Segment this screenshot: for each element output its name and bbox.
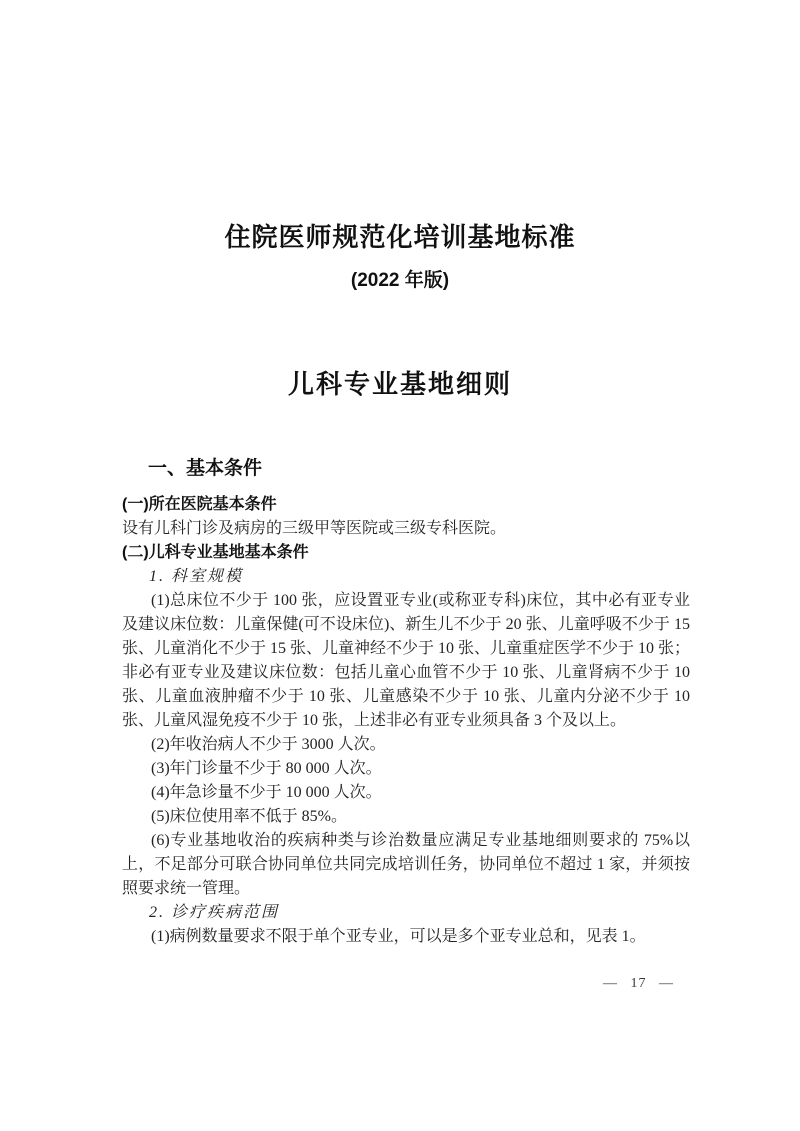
heading-hospital-basic-conditions: (一)所在医院基本条件 xyxy=(122,493,690,517)
paragraph-hospital-requirement: 设有儿科门诊及病房的三级甲等医院或三级专科医院。 xyxy=(122,517,690,541)
paragraph-disease-coverage: (6)专业基地收治的疾病种类与诊治数量应满足专业基地细则要求的 75%以上，不足… xyxy=(122,829,690,901)
paragraph-annual-outpatient-visits: (3)年门诊量不少于 80 000 人次。 xyxy=(122,757,690,781)
paragraph-annual-inpatients: (2)年收治病人不少于 3000 人次。 xyxy=(122,733,690,757)
document-page: 住院医师规范化培训基地标准 (2022 年版) 儿科专业基地细则 一、基本条件 … xyxy=(0,0,800,1131)
document-body: 一、基本条件 (一)所在医院基本条件 设有儿科门诊及病房的三级甲等医院或三级专科… xyxy=(122,457,690,949)
document-title: 住院医师规范化培训基地标准 xyxy=(0,0,800,255)
subheading-disease-scope: 2. 诊疗疾病范围 xyxy=(122,901,690,925)
paragraph-annual-emergency-visits: (4)年急诊量不少于 10 000 人次。 xyxy=(122,781,690,805)
heading-pediatrics-base-conditions: (二)儿科专业基地基本条件 xyxy=(122,541,690,565)
section-title: 儿科专业基地细则 xyxy=(0,367,800,401)
document-edition: (2022 年版) xyxy=(0,268,800,294)
paragraph-case-count-rule: (1)病例数量要求不限于单个亚专业，可以是多个亚专业总和，见表 1。 xyxy=(122,925,690,949)
subheading-department-scale: 1. 科室规模 xyxy=(122,565,690,589)
paragraph-bed-occupancy-rate: (5)床位使用率不低于 85%。 xyxy=(122,805,690,829)
page-number: — 17 — xyxy=(603,975,674,993)
heading-basic-conditions: 一、基本条件 xyxy=(122,457,690,481)
paragraph-bed-requirements: (1)总床位不少于 100 张，应设置亚专业(或称亚专科)床位，其中必有亚专业及… xyxy=(122,589,690,733)
